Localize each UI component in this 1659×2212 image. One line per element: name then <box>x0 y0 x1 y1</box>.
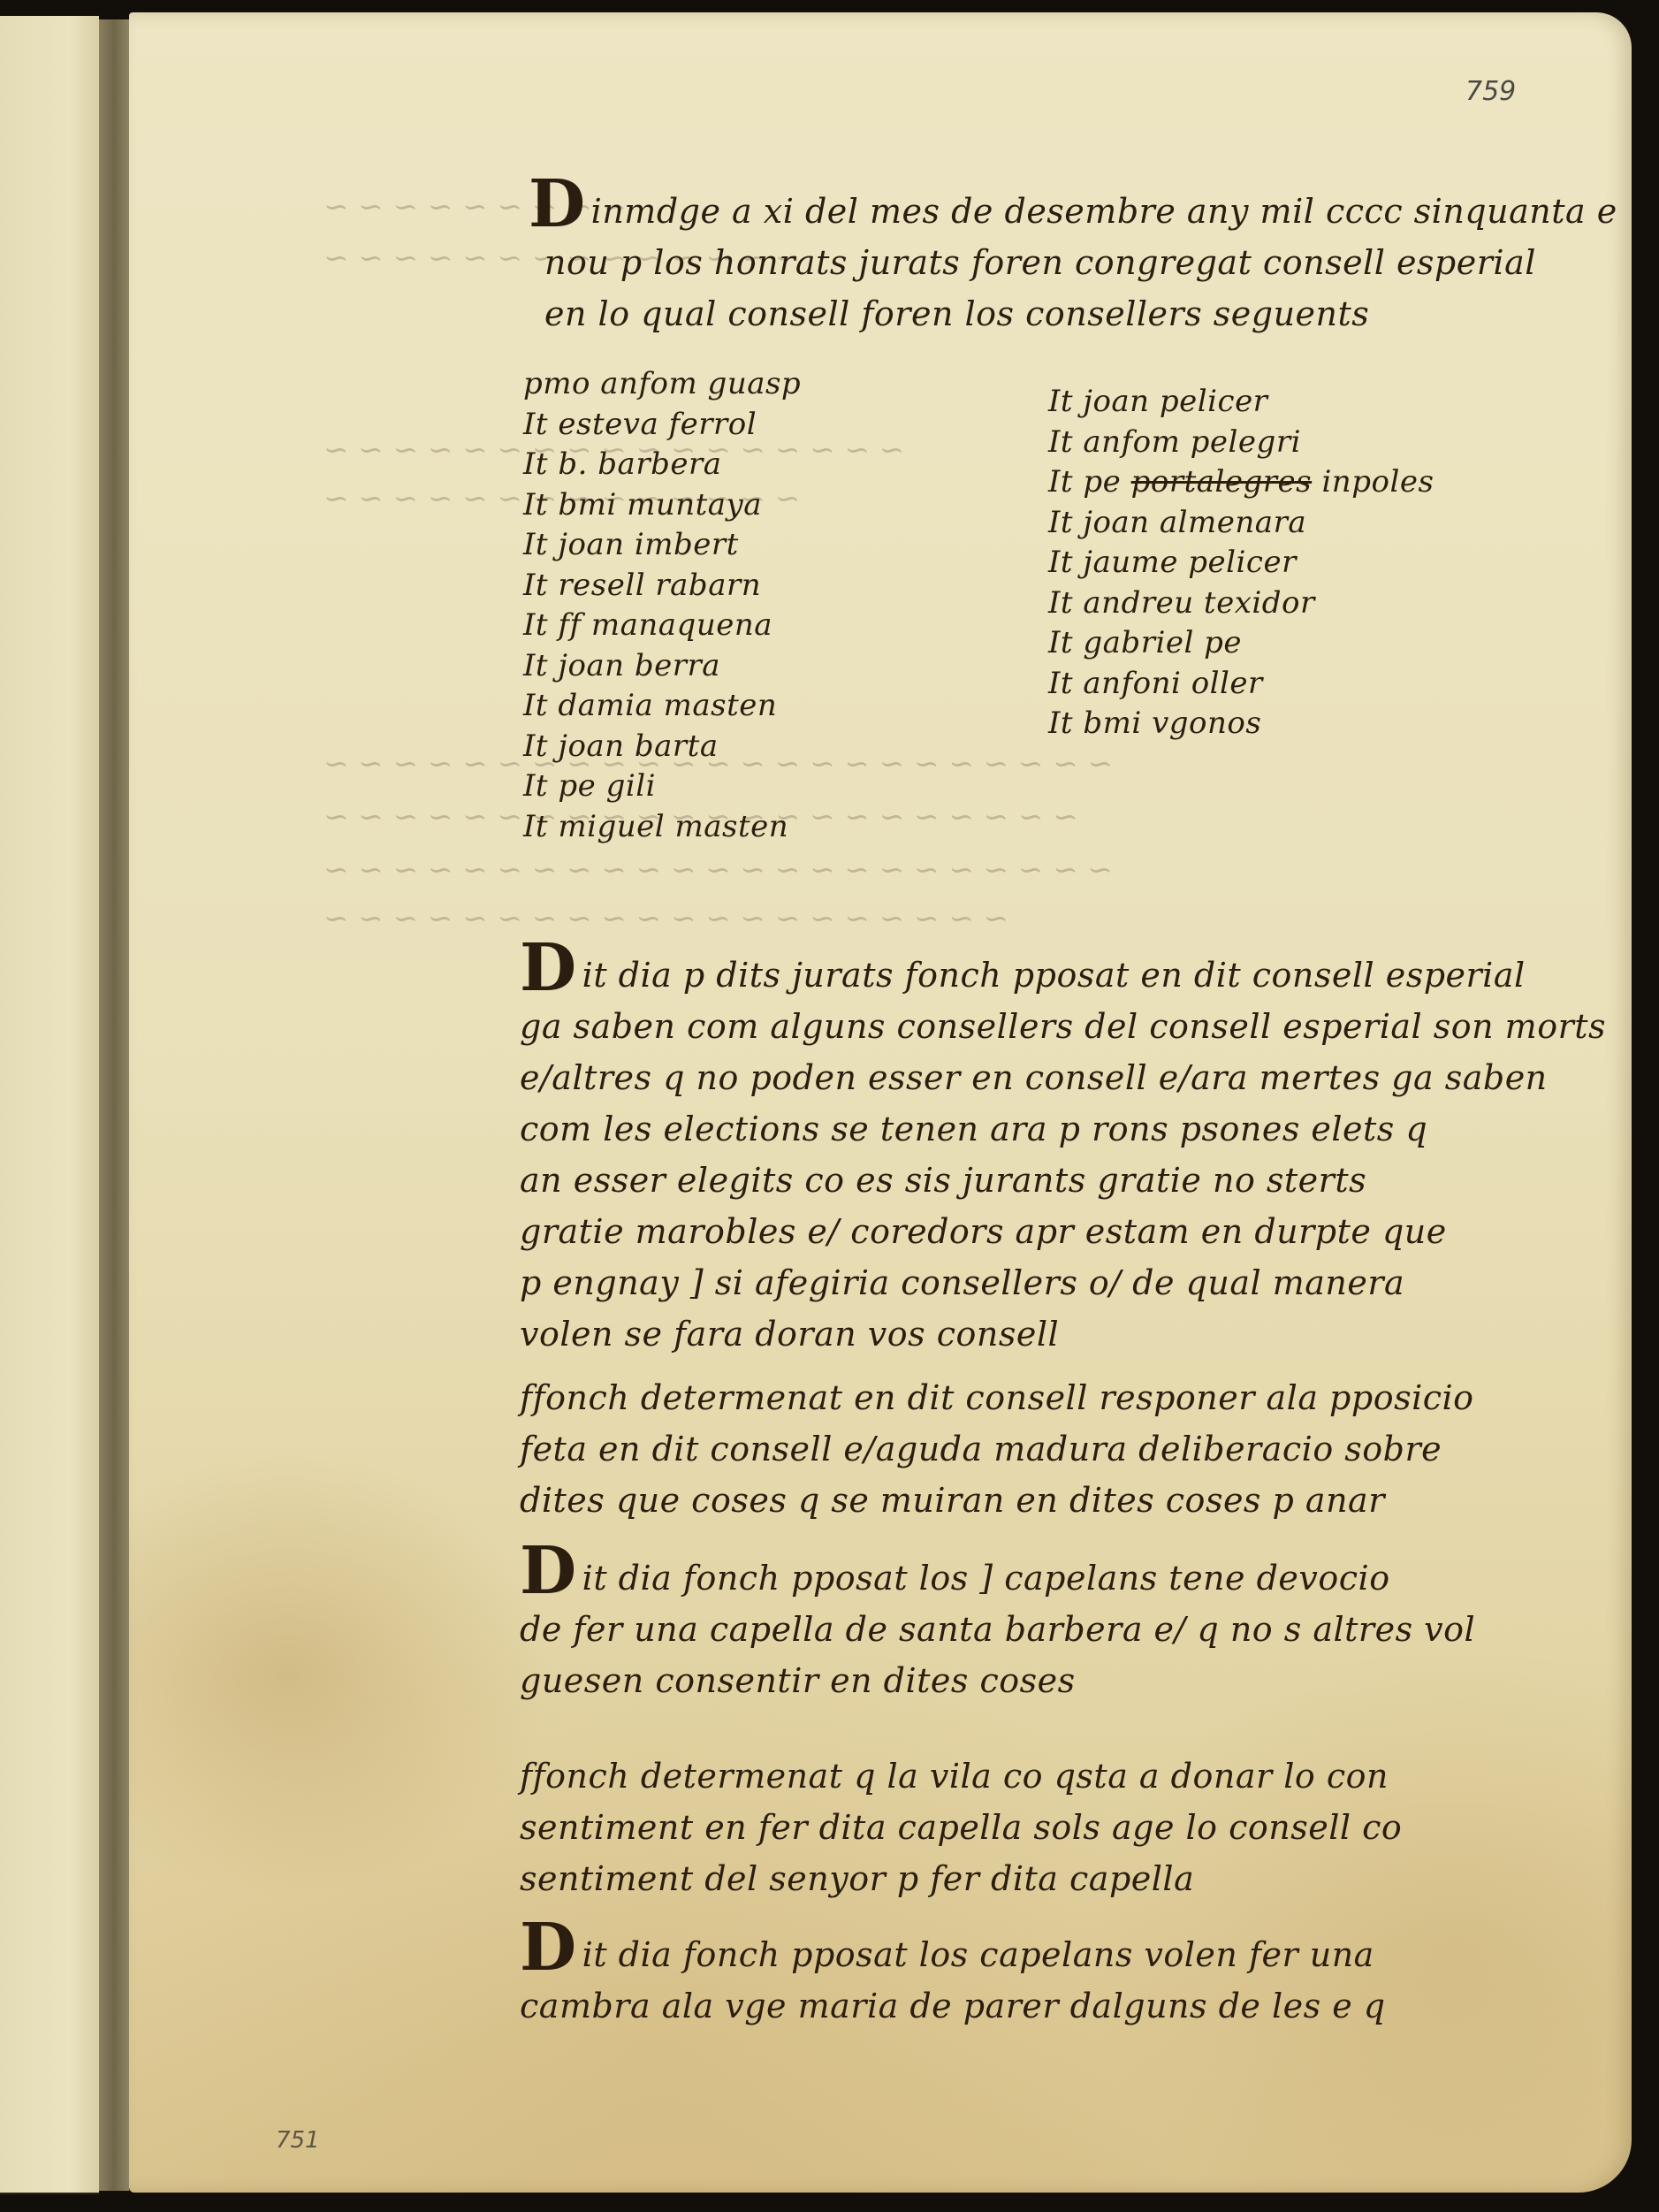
text-line: Dit dia p dits jurats fonch pposat en di… <box>520 950 1659 1001</box>
council-member: It andreu texidor <box>1048 584 1434 624</box>
bleed-through-text: ~ ~ ~ ~ ~ ~ ~ ~ ~ ~ ~ ~ ~ ~ ~ ~ ~ ~ ~ ~ … <box>323 852 1113 888</box>
folio-number-top: 759 <box>1465 76 1516 107</box>
text-line: ga saben com alguns consellers del conse… <box>520 1001 1659 1052</box>
text-line: de fer una capella de santa barbera e/ q… <box>520 1604 1659 1655</box>
paragraph-1: Dit dia p dits jurats fonch pposat en di… <box>520 950 1659 1360</box>
text-line: ffonch determenat q la vila co qsta a do… <box>520 1751 1659 1802</box>
text-line: gratie marobles e/ coredors apr estam en… <box>520 1206 1659 1257</box>
text-line: volen se fara doran vos consell <box>520 1308 1659 1360</box>
opening-paragraph: Dinmdge a xi del mes de desembre any mil… <box>529 186 1659 339</box>
council-member: It joan imbert <box>523 525 801 566</box>
text-line: sentiment en fer dita capella sols age l… <box>520 1802 1659 1853</box>
council-member: It pe portalegres inpoles <box>1048 462 1434 503</box>
text-line: Dinmdge a xi del mes de desembre any mil… <box>529 186 1659 237</box>
manuscript-page: ~ ~ ~ ~ ~ ~ ~ ~ ~ ~ ~ ~ ~ ~ ~ ~ ~ ~ ~ ~ … <box>129 12 1632 2193</box>
text-line: Dit dia fonch pposat los ] capelans tene… <box>520 1552 1659 1604</box>
council-member: It ff manaquena <box>523 606 801 646</box>
council-member: It joan almenara <box>1048 503 1434 544</box>
text-line: ffonch determenat en dit consell respone… <box>520 1372 1659 1423</box>
council-member: It joan berra <box>523 646 801 687</box>
initial-letter: ff <box>520 1757 545 1796</box>
council-member: It joan barta <box>523 727 801 767</box>
paragraph-5: Dit dia fonch pposat los capelans volen … <box>520 1929 1659 2032</box>
facing-page-edge <box>0 16 99 2194</box>
council-member: It joan pelicer <box>1048 382 1434 423</box>
council-member: It bmi vgonos <box>1048 704 1434 744</box>
initial-letter: D <box>520 930 577 1006</box>
council-member: It gabriel pe <box>1048 623 1434 664</box>
text-line: sentiment del senyor p fer dita capella <box>520 1853 1659 1904</box>
text-line: guesen consentir en dites coses <box>520 1655 1659 1706</box>
paragraph-4: ffonch determenat q la vila co qsta a do… <box>520 1751 1659 1904</box>
text-line: dites que coses q se muiran en dites cos… <box>520 1475 1659 1526</box>
text-line: e/altres q no poden esser en consell e/a… <box>520 1052 1659 1103</box>
council-member: It pe gili <box>523 767 801 807</box>
council-member: It anfoni oller <box>1048 664 1434 705</box>
initial-letter: D <box>520 1910 577 1986</box>
council-member: It jaume pelicer <box>1048 543 1434 584</box>
inserted-word: inpoles <box>1321 464 1434 500</box>
council-member: It b. barbera <box>523 445 801 485</box>
binding-gutter <box>99 19 129 2191</box>
bleed-through-text: ~ ~ ~ ~ ~ ~ ~ ~ ~ ~ ~ ~ ~ ~ ~ ~ ~ ~ ~ ~ <box>323 901 1008 936</box>
council-members-right-column: It joan pelicer It anfom pelegri It pe p… <box>1048 382 1434 744</box>
folio-number-bottom: 751 <box>276 2127 320 2154</box>
initial-letter: D <box>529 166 586 242</box>
council-member: It resell rabarn <box>523 566 801 606</box>
council-member: pmo anfom guasp <box>523 364 801 405</box>
council-member: It damia masten <box>523 686 801 727</box>
paragraph-2: ffonch determenat en dit consell respone… <box>520 1372 1659 1526</box>
text-line: Dit dia fonch pposat los capelans volen … <box>520 1929 1659 1980</box>
text-line: an esser elegits co es sis jurants grati… <box>520 1155 1659 1206</box>
text-line: en lo qual consell foren los consellers … <box>529 288 1659 339</box>
council-member: It miguel masten <box>523 807 801 848</box>
council-member: It anfom pelegri <box>1048 423 1434 463</box>
text-line: cambra ala vge maria de parer dalguns de… <box>520 1980 1659 2032</box>
struck-out-word: portalegres <box>1131 464 1313 500</box>
text-line: p engnay ] si afegiria consellers o/ de … <box>520 1257 1659 1308</box>
text-line: feta en dit consell e/aguda madura delib… <box>520 1423 1659 1475</box>
council-members-left-column: pmo anfom guasp It esteva ferrol It b. b… <box>523 364 801 847</box>
council-member: It bmi muntaya <box>523 485 801 526</box>
initial-letter: D <box>520 1533 577 1609</box>
text-line: nou p los honrats jurats foren congregat… <box>529 237 1659 288</box>
initial-letter: ff <box>520 1378 545 1417</box>
council-member: It esteva ferrol <box>523 405 801 446</box>
paragraph-3: Dit dia fonch pposat los ] capelans tene… <box>520 1552 1659 1706</box>
text-line: com les elections se tenen ara p rons ps… <box>520 1103 1659 1155</box>
